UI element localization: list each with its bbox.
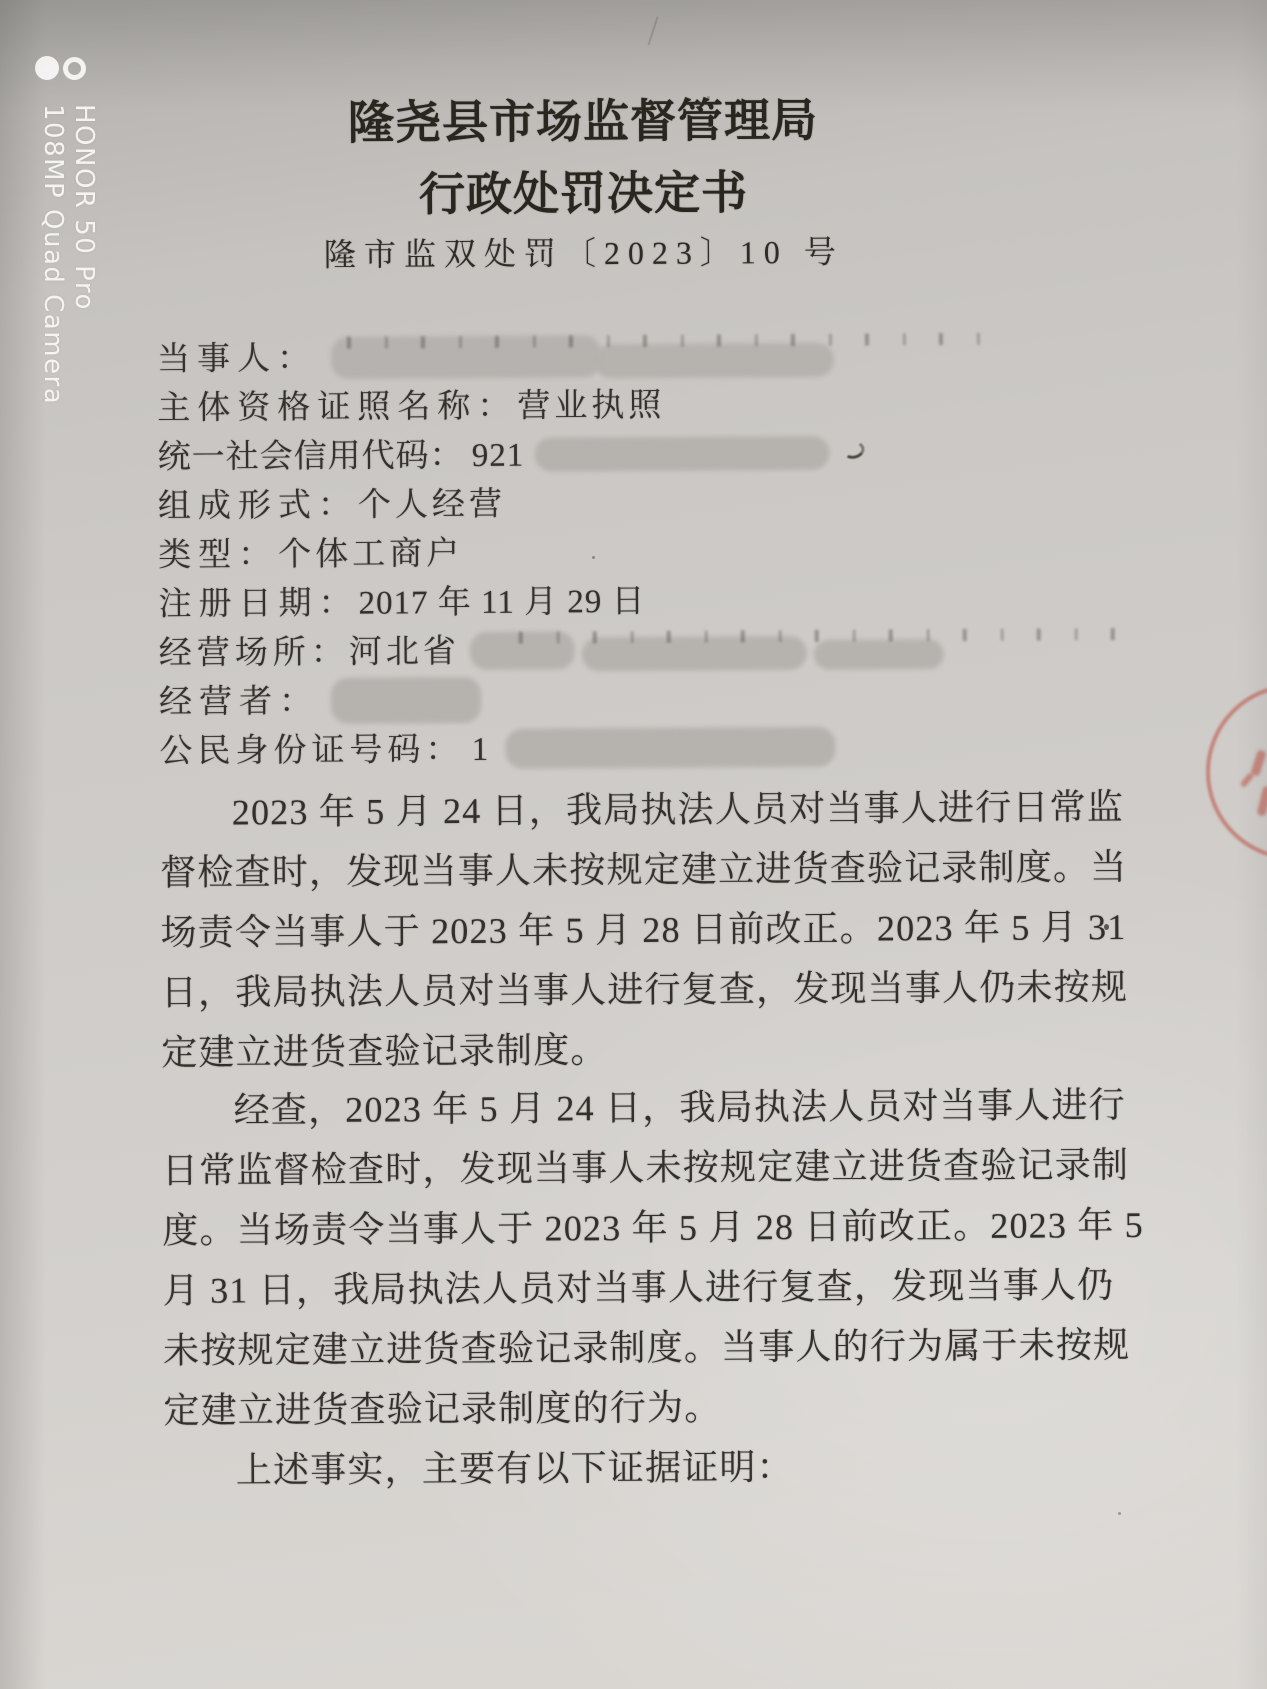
field-value: 个体工商户: [278, 536, 463, 573]
paragraph-line: 日常监督检查时，发现当事人未按规定建立进货查验记录制: [162, 1135, 1092, 1201]
paragraph-line: 2023 年 5 月 24 日，我局执法人员对当事人进行日常监: [160, 777, 1090, 843]
evidence-intro-line: 上述事实，主要有以下证据证明：: [164, 1435, 1166, 1501]
field-label: 经营者：: [159, 684, 319, 721]
field-row-credit-code: 统一社会信用代码： 921: [157, 428, 1117, 483]
field-label: 组成形式：: [158, 488, 358, 525]
seal-text-fragment: [1250, 749, 1267, 777]
field-label: 经营场所：: [159, 635, 349, 672]
redaction-blob: [331, 677, 481, 724]
field-label: 主体资格证照名称：: [157, 389, 517, 427]
paragraph-line: 日，我局执法人员对当事人进行复查，发现当事人仍未按规: [161, 957, 1091, 1023]
redaction-blob: [594, 343, 834, 378]
redaction-blob: [814, 640, 944, 671]
paragraph-line: 定建立进货查验记录制度。: [161, 1017, 1091, 1083]
field-row-business-premises: 经营场所：河北省: [159, 624, 1119, 679]
seal-text-fragment: [1257, 785, 1267, 816]
dust-speck: [1118, 1512, 1121, 1515]
field-value: 2017 年 11 月 29 日: [358, 584, 645, 622]
field-label: 类型：: [158, 537, 278, 574]
document-number: 隆市监双处罚〔2023〕10 号: [0, 228, 1172, 279]
field-label: 当事人：: [157, 341, 317, 378]
paragraph-line: 定建立进货查验记录制度的行为。: [163, 1375, 1093, 1441]
paragraph-line: 督检查时，发现当事人未按规定建立进货查验记录制度。当: [160, 837, 1090, 903]
dust-speck: [707, 96, 710, 99]
field-label: 公民身份证号码：: [159, 732, 463, 770]
paragraph-investigation-result: 经查，2023 年 5 月 24 日，我局执法人员对当事人进行 日常监督检查时，…: [161, 1075, 1093, 1441]
redacted-text-fragments: [841, 439, 866, 460]
seal-text-fragment: [1240, 772, 1255, 788]
field-row-license-name: 主体资格证照名称：营业执照: [157, 379, 1117, 434]
field-value: 921: [472, 438, 525, 474]
field-row-operator: 经营者：: [159, 673, 1119, 728]
paragraph-inspection-findings: 2023 年 5 月 24 日，我局执法人员对当事人进行日常监 督检查时，发现当…: [160, 777, 1092, 1083]
redacted-text-fragments: [519, 628, 1119, 644]
paragraph-line: 经查，2023 年 5 月 24 日，我局执法人员对当事人进行: [161, 1075, 1091, 1141]
document-subtitle: 行政处罚决定书: [0, 161, 1171, 228]
dust-speck: [592, 556, 595, 559]
field-row-party: 当事人：: [157, 330, 1117, 385]
paragraph-line: 场责令当事人于 2023 年 5 月 28 日前改正。2023 年 5 月 31: [160, 897, 1090, 963]
redaction-blob: [505, 727, 835, 769]
paragraph-line: 未按规定建立进货查验记录制度。当事人的行为属于未按规: [163, 1315, 1093, 1381]
dust-speck: [1104, 924, 1109, 930]
field-row-id-number: 公民身份证号码： 1: [159, 722, 1119, 777]
field-value: 个人经营: [358, 487, 506, 524]
paragraph-line: 月 31 日，我局执法人员对当事人进行复查，发现当事人仍: [163, 1255, 1093, 1321]
field-row-registration-date: 注册日期：2017 年 11 月 29 日: [158, 575, 1118, 630]
redaction-blob: [534, 436, 829, 472]
field-value: 1: [472, 732, 490, 768]
field-value: 营业执照: [517, 388, 665, 425]
field-label: 统一社会信用代码：: [158, 438, 464, 476]
penalty-document: 隆尧县市场监督管理局 行政处罚决定书 隆市监双处罚〔2023〕10 号 当事人：…: [0, 0, 1267, 1689]
field-value: 河北省: [349, 634, 460, 671]
field-row-type: 类型：个体工商户: [158, 526, 1118, 581]
paragraph-line: 度。当场责令当事人于 2023 年 5 月 28 日前改正。2023 年 5: [162, 1195, 1092, 1261]
document-title: 隆尧县市场监督管理局: [0, 89, 1171, 156]
redacted-text-fragments: [347, 333, 987, 349]
party-info-section: 当事人： 主体资格证照名称：营业执照 统一社会信用代码： 921 组成形式：个人…: [157, 330, 1120, 777]
field-row-composition: 组成形式：个人经营: [158, 477, 1118, 532]
field-label: 注册日期：: [158, 586, 358, 623]
